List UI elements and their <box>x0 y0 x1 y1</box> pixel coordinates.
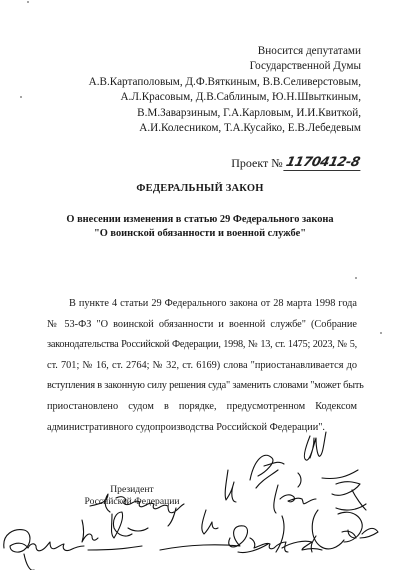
project-number-line: Проект № 1170412-8 <box>231 155 362 171</box>
signature-4 <box>274 473 316 513</box>
body-line: ст. 701; № 16, ст. 2764; № 32, ст. 6169)… <box>47 356 357 377</box>
scan-speck <box>20 96 22 98</box>
project-number-handwritten: 1170412-8 <box>283 155 364 171</box>
body-line: приостановлено судом в порядке, предусмо… <box>47 397 357 418</box>
signature-6 <box>90 494 184 526</box>
law-type-heading: ФЕДЕРАЛЬНЫЙ ЗАКОН <box>0 183 400 194</box>
signature-11 <box>282 536 322 552</box>
body-line: № 53-ФЗ "О воинской обязанности и военно… <box>47 315 357 336</box>
intro-line: А.В.Картаполовым, Д.Ф.Вяткиным, В.В.Сели… <box>89 75 361 90</box>
body-line: В пункте 4 статьи 29 Федерального закона… <box>47 294 357 315</box>
signature-10 <box>160 516 288 553</box>
signature-12 <box>312 510 378 549</box>
signature-14 <box>88 546 142 550</box>
scan-speck <box>380 332 382 334</box>
scan-speck <box>27 1 29 3</box>
signature-5 <box>322 470 366 510</box>
body-line: вступления в законную силу решения суда"… <box>47 376 357 397</box>
intro-line: Вносится депутатами <box>89 44 361 59</box>
signature-8 <box>82 520 98 542</box>
law-body-paragraph: В пункте 4 статьи 29 Федерального закона… <box>47 294 357 438</box>
handwritten-signatures <box>0 420 400 570</box>
signature-2 <box>250 455 284 488</box>
intro-line: А.Л.Красовым, Д.В.Саблиным, Ю.Н.Швыткины… <box>89 90 361 105</box>
signature-7 <box>112 512 149 538</box>
project-label: Проект № <box>231 156 283 171</box>
signature-9 <box>202 510 218 534</box>
signature-13 <box>4 530 84 570</box>
scan-speck <box>355 277 357 279</box>
intro-line: Государственной Думы <box>89 59 361 74</box>
law-title-line: "О воинской обязанности и военной службе… <box>0 227 400 241</box>
law-title: О внесении изменения в статью 29 Федерал… <box>0 213 400 240</box>
signature-3 <box>225 470 236 502</box>
body-line: законодательства Российской Федерации, 1… <box>47 335 357 356</box>
law-title-line: О внесении изменения в статью 29 Федерал… <box>0 213 400 227</box>
signature-1 <box>304 432 326 460</box>
intro-line: А.И.Колесником, Т.А.Кусайко, Е.В.Лебедев… <box>89 121 361 136</box>
introduced-by-block: Вносится депутатами Государственной Думы… <box>89 44 361 136</box>
intro-line: В.М.Заварзиным, Г.А.Карловым, И.И.Квитко… <box>89 106 361 121</box>
